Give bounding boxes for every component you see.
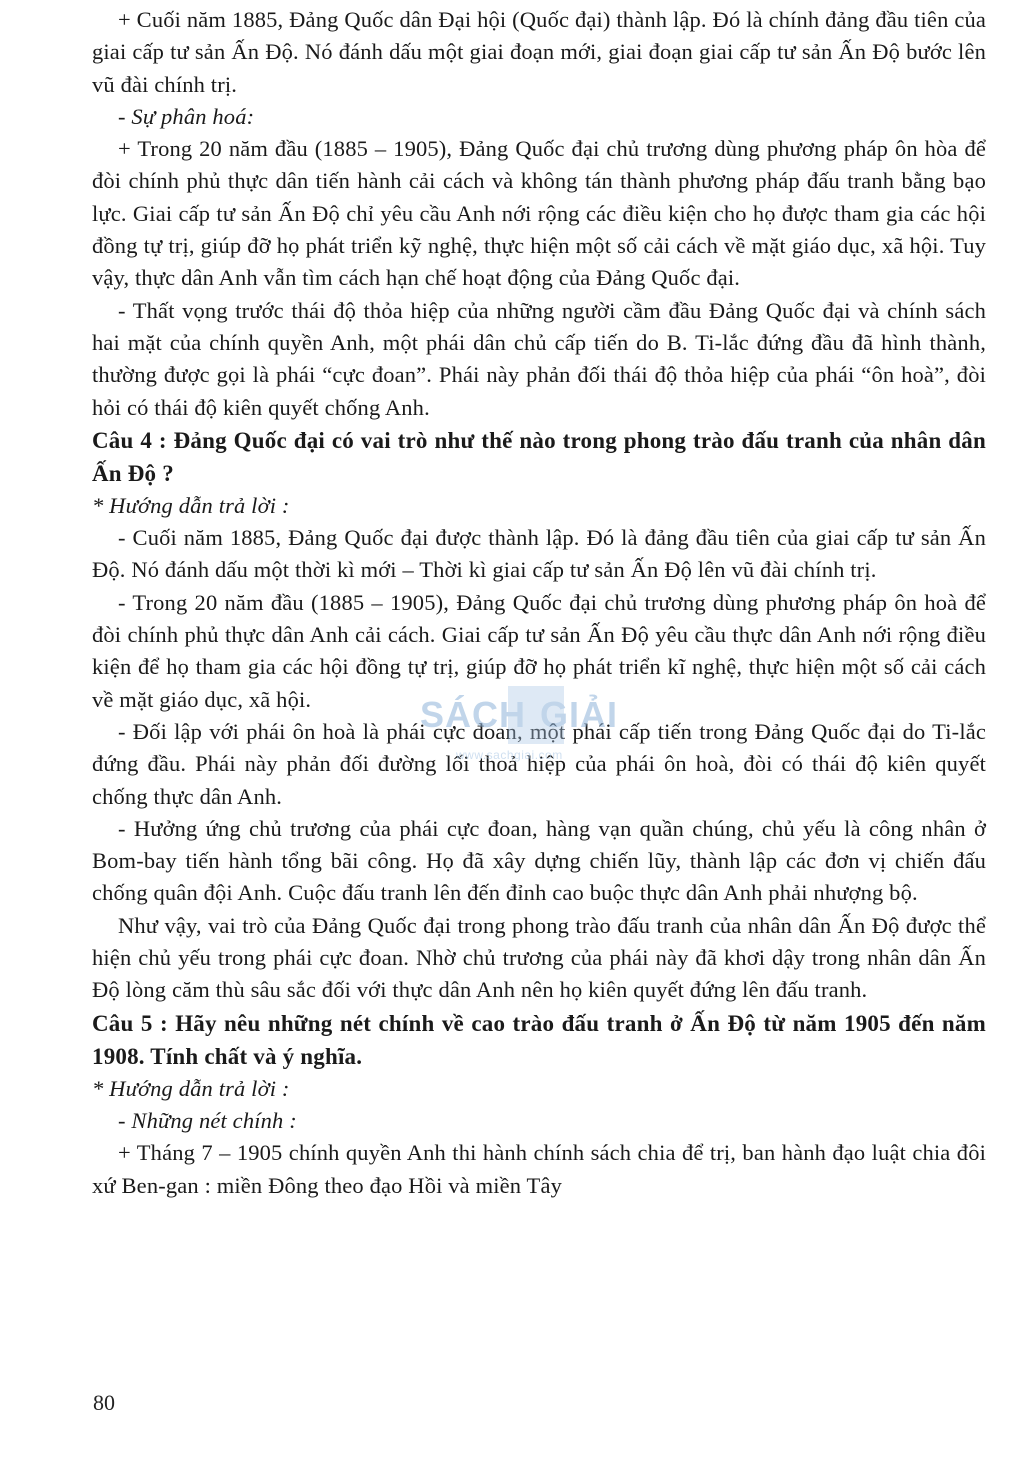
answer-q4-conclusion: Như vậy, vai trò của Đảng Quốc đại trong… — [92, 910, 986, 1007]
answer-q4-bombay-strike: - Hưởng ứng chủ trương của phái cực đoan… — [92, 813, 986, 910]
answer-q5-july-1905: + Tháng 7 – 1905 chính quyền Anh thi hàn… — [92, 1137, 986, 1202]
question-4-heading: Câu 4 : Đảng Quốc đại có vai trò như thế… — [92, 424, 986, 490]
answer-guide-label-q5: * Hướng dẫn trả lời : — [92, 1073, 986, 1105]
answer-q4-opposition: - Đối lập với phái ôn hoà là phái cực đo… — [92, 716, 986, 813]
page-number: 80 — [93, 1390, 115, 1416]
subheading-su-phan-hoa: - Sự phân hoá: — [92, 101, 986, 133]
paragraph-quoc-dai-founding: + Cuối năm 1885, Đảng Quốc dân Đại hội (… — [92, 4, 986, 101]
paragraph-radical-faction: - Thất vọng trước thái độ thỏa hiệp của … — [92, 295, 986, 424]
paragraph-first-20-years: + Trong 20 năm đầu (1885 – 1905), Đảng Q… — [92, 133, 986, 294]
document-page: + Cuối năm 1885, Đảng Quốc dân Đại hội (… — [92, 4, 986, 1202]
question-5-heading: Câu 5 : Hãy nêu những nét chính về cao t… — [92, 1007, 986, 1073]
answer-guide-label-q4: * Hướng dẫn trả lời : — [92, 490, 986, 522]
subheading-nhung-net-chinh: - Những nét chính : — [92, 1105, 986, 1137]
answer-q4-founding: - Cuối năm 1885, Đảng Quốc đại được thàn… — [92, 522, 986, 587]
answer-q4-first-20-years: - Trong 20 năm đầu (1885 – 1905), Đảng Q… — [92, 587, 986, 716]
